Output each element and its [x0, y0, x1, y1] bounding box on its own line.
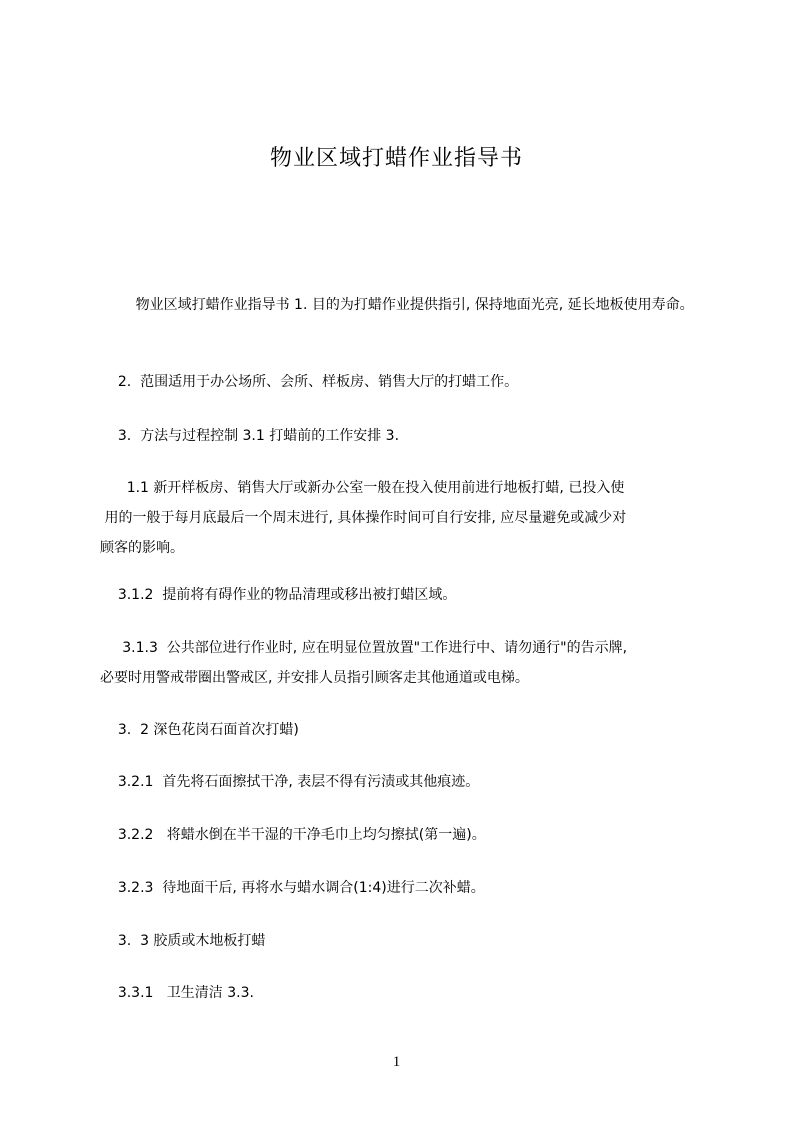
- paragraph-3-2: 3. 2 深色花岗石面首次打蜡): [100, 715, 700, 745]
- paragraph-3-1-2: 3.1.2 提前将有碍作业的物品清理或移出被打蜡区域。: [100, 580, 700, 610]
- paragraph-3-3-1: 3.3.1 卫生清洁 3.3.: [100, 978, 700, 1008]
- page-number: 1: [0, 1054, 793, 1071]
- document-title: 物业区域打蜡作业指导书: [0, 141, 793, 172]
- paragraph-3-1-1: 1.1 新开样板房、销售大厅或新办公室一般在投入使用前进行地板打蜡, 已投入使 …: [100, 473, 700, 563]
- paragraph-3-1-3: 3.1.3 公共部位进行作业时, 应在明显位置放置"工作进行中、请勿通行"的告示…: [100, 633, 700, 693]
- paragraph-3-3: 3. 3 胶质或木地板打蜡: [100, 926, 700, 956]
- paragraph-method: 3. 方法与过程控制 3.1 打蜡前的工作安排 3.: [100, 421, 700, 451]
- paragraph-3-2-2: 3.2.2 将蜡水倒在半干湿的干净毛巾上均匀擦拭(第一遍)。: [100, 820, 700, 850]
- paragraph-purpose: 物业区域打蜡作业指导书 1. 目的为打蜡作业提供指引, 保持地面光亮, 延长地板…: [100, 290, 700, 320]
- paragraph-3-2-3: 3.2.3 待地面干后, 再将水与蜡水调合(1:4)进行二次补蜡。: [100, 873, 700, 903]
- paragraph-3-2-1: 3.2.1 首先将石面擦拭干净, 表层不得有污渍或其他痕迹。: [100, 767, 700, 797]
- paragraph-scope: 2. 范围适用于办公场所、会所、样板房、销售大厅的打蜡工作。: [100, 367, 700, 397]
